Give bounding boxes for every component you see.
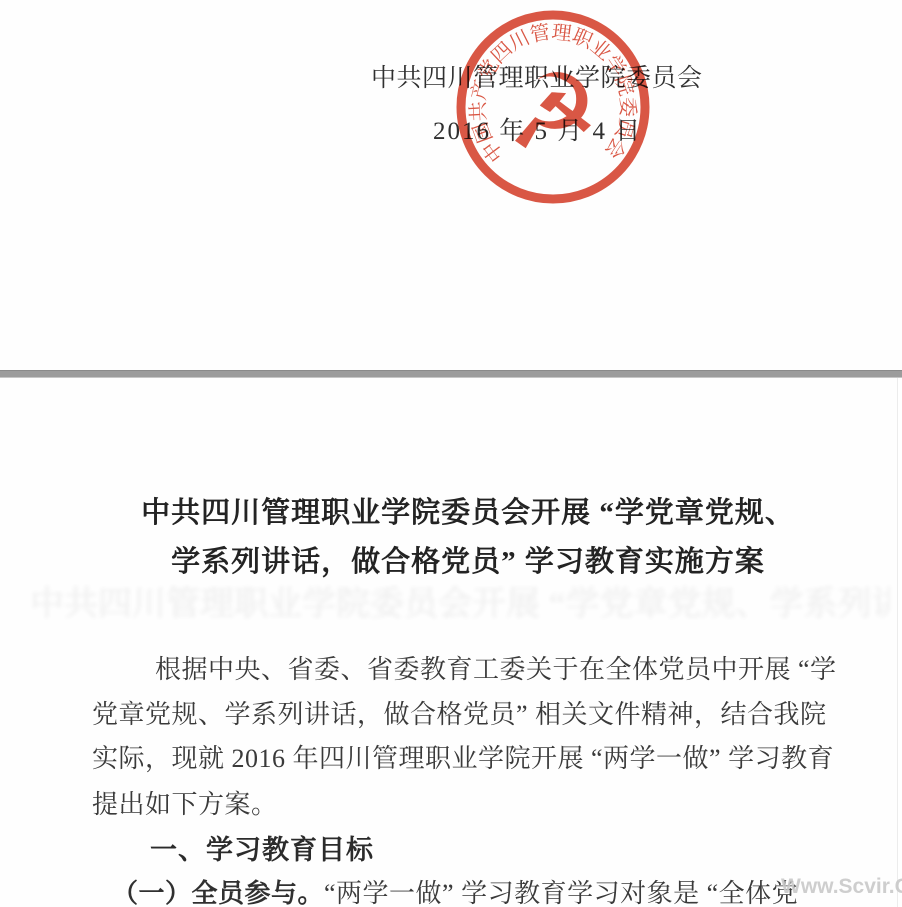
item-text: “两学一做” 学习教育学习对象是 “全体党 [324,879,798,907]
body-line-4: 提出如下方案。 [92,784,278,821]
page-2-scan: 中共四川管理职业学院委员会开展 “学党章党规、 学系列讲话，做合格党员” 学习教… [0,378,898,907]
body-line-1: 根据中央、省委、省委教育工委关于在全体党员中开展 “学 [155,649,837,686]
bleed-through-text: 中共四川管理职业学院委员会开展 “学党章党规、学系列讲话，做合格党员” 学习教育… [30,576,890,625]
page-1-scan: 中共四川管理职业学院委员会 2016 年 5 月 4 日 中国共产党四川管理职业… [0,0,902,370]
hammer-sickle-icon: ☭ [506,51,599,173]
document-title-line-1: 中共四川管理职业学院委员会开展 “学党章党规、 [34,490,902,531]
list-item-1: （一）全员参与。“两学一做” 学习教育学习对象是 “全体党 [112,873,798,907]
body-line-3: 实际，现就 2016 年四川管理职业学院开展 “两学一做” 学习教育 [92,738,834,775]
official-seal: 中国共产党四川管理职业学院委员会 ☭ [452,6,654,208]
watermark: Www.Scvir.Com [781,875,902,899]
body-line-2: 党章党规、学系列讲话，做合格党员” 相关文件精神，结合我院 [92,694,827,731]
document-title-line-2: 学系列讲话，做合格党员” 学习教育实施方案 [34,539,902,580]
section-heading-1: 一、学习教育目标 [150,828,374,867]
item-lead: （一）全员参与。 [112,879,324,907]
page-gap-divider [0,370,902,378]
